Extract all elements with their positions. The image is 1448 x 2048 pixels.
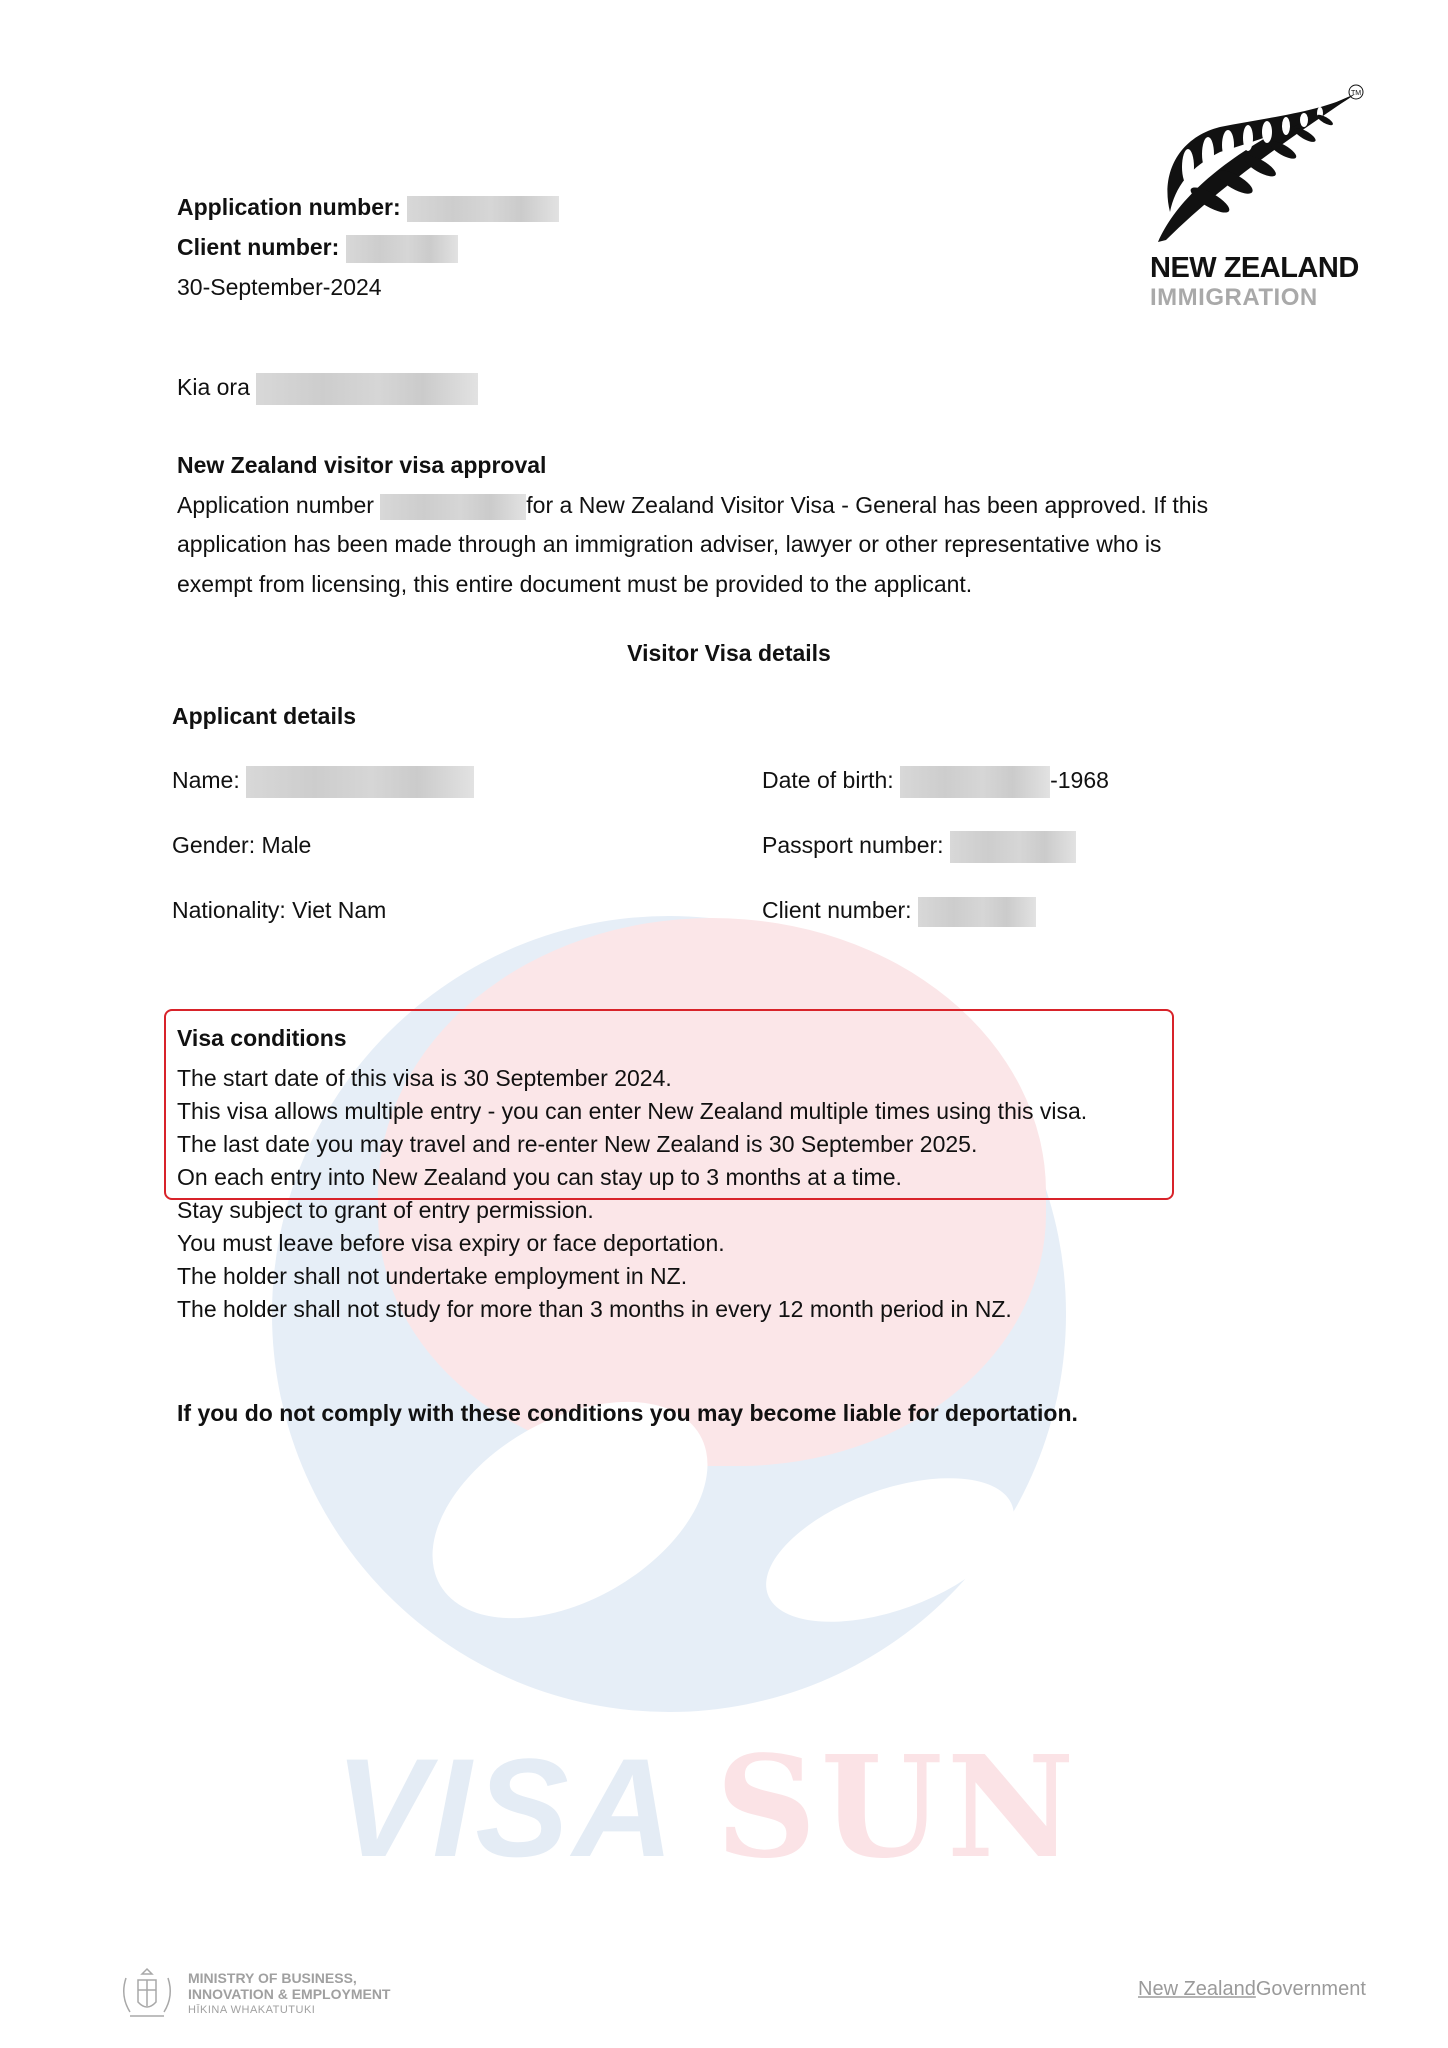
- mbie-footer-logo: MINISTRY OF BUSINESS, INNOVATION & EMPLO…: [116, 1966, 390, 2022]
- nz-immigration-logo: TM NEW ZEALAND IMMIGRATION: [1150, 82, 1380, 312]
- redacted-recipient-name: [256, 373, 478, 405]
- coat-of-arms-icon: [116, 1966, 178, 2022]
- redacted-application-number: [407, 196, 559, 222]
- logo-title: NEW ZEALAND: [1150, 252, 1380, 284]
- client-number-field: Client number:: [177, 232, 458, 263]
- approval-paragraph-line: exempt from licensing, this entire docum…: [177, 569, 972, 599]
- approval-heading: New Zealand visitor visa approval: [177, 450, 546, 480]
- condition-item: The start date of this visa is 30 Septem…: [177, 1063, 1087, 1096]
- mbie-line2: INNOVATION & EMPLOYMENT: [188, 1986, 390, 2002]
- conditions-highlighted-list: The start date of this visa is 30 Septem…: [177, 1063, 1087, 1327]
- condition-item: The last date you may travel and re-ente…: [177, 1129, 1087, 1162]
- applicant-dob: Date of birth: -1968: [762, 765, 1109, 798]
- deportation-warning: If you do not comply with these conditio…: [177, 1398, 1078, 1428]
- details-title: Visitor Visa details: [0, 638, 1448, 668]
- redacted-name: [246, 766, 474, 798]
- mbie-line1: MINISTRY OF BUSINESS,: [188, 1970, 390, 1986]
- applicant-nationality: Nationality: Viet Nam: [172, 895, 386, 925]
- condition-item: You must leave before visa expiry or fac…: [177, 1228, 1087, 1261]
- logo-subtitle: IMMIGRATION: [1150, 284, 1380, 312]
- redacted-client-number: [918, 897, 1036, 927]
- condition-item: Stay subject to grant of entry permissio…: [177, 1195, 1087, 1228]
- nz-government-logo: New ZealandGovernment: [1138, 1978, 1366, 2001]
- letter-date: 30-September-2024: [177, 272, 382, 302]
- applicant-name: Name:: [172, 765, 474, 798]
- greeting: Kia ora: [177, 372, 478, 405]
- condition-item: On each entry into New Zealand you can s…: [177, 1162, 1087, 1195]
- applicant-heading: Applicant details: [172, 701, 356, 731]
- watermark-text: VISA SUN: [335, 1738, 1079, 1878]
- application-number-field: Application number:: [177, 192, 559, 222]
- condition-item: This visa allows multiple entry - you ca…: [177, 1096, 1087, 1129]
- applicant-gender: Gender: Male: [172, 830, 311, 860]
- redacted-client-number: [346, 235, 458, 263]
- conditions-heading: Visa conditions: [177, 1023, 347, 1053]
- applicant-client-number: Client number:: [762, 895, 1036, 927]
- redacted-passport: [950, 831, 1076, 863]
- redacted-dob: [900, 766, 1050, 798]
- approval-paragraph-line: Application number for a New Zealand Vis…: [177, 490, 1208, 520]
- condition-item: The holder shall not undertake employmen…: [177, 1261, 1087, 1294]
- svg-text:TM: TM: [1351, 90, 1361, 97]
- silver-fern-icon: TM: [1150, 82, 1380, 247]
- applicant-passport: Passport number:: [762, 830, 1076, 863]
- redacted-application-number: [380, 494, 526, 520]
- approval-paragraph-line: application has been made through an imm…: [177, 529, 1161, 559]
- mbie-line3: HĪKINA WHAKATUTUKI: [188, 2002, 390, 2018]
- condition-item: The holder shall not study for more than…: [177, 1294, 1087, 1327]
- watermark-bird-wing: [747, 1449, 1032, 1651]
